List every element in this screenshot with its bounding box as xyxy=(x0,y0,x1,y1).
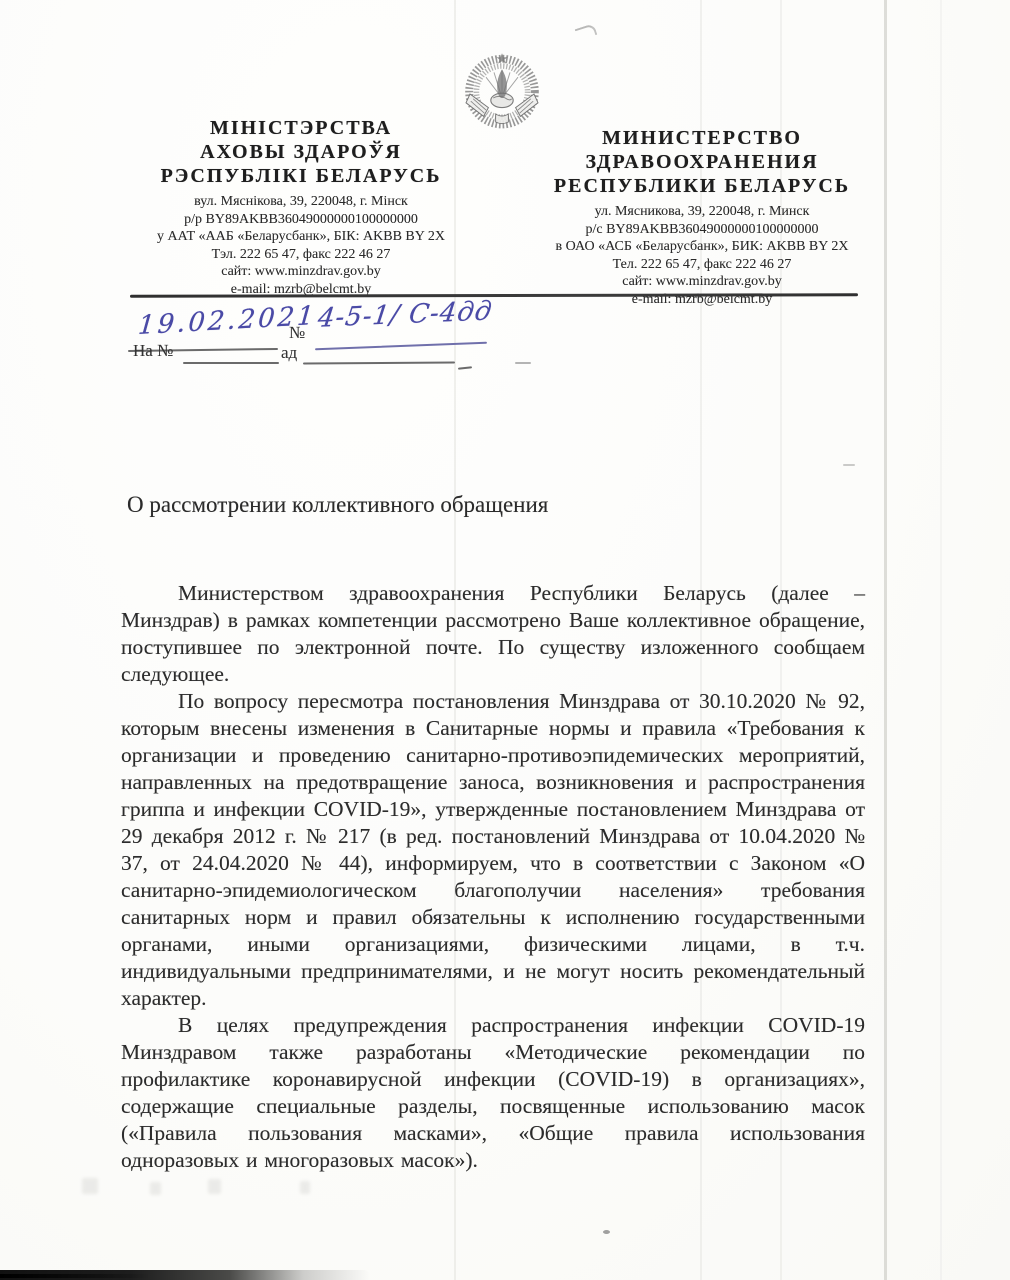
scan-speck xyxy=(603,1230,610,1234)
ministry-name-line: ЗДРАВООХРАНЕНИЯ xyxy=(534,150,870,174)
reply-to-number-label: На № xyxy=(133,341,173,361)
reply-from-date-label: ад xyxy=(281,343,297,363)
scan-edge-shadow xyxy=(0,1274,150,1278)
letterhead-right-column: МИНИСТЕРСТВО ЗДРАВООХРАНЕНИЯ РЕСПУБЛИКИ … xyxy=(534,126,870,308)
ministry-name-line: АХОВЫ ЗДАРОЎЯ xyxy=(130,140,472,164)
body-paragraph: По вопросу пересмотра постановления Минз… xyxy=(121,688,865,1012)
letter-subject: О рассмотрении коллективного обращения xyxy=(127,490,577,519)
address-line: у ААТ «ААБ «Беларусбанк», БІК: AKBB BY 2… xyxy=(130,228,472,246)
address-line: Тел. 222 65 47, факс 222 46 27 xyxy=(534,256,870,274)
reply-number-blank-line xyxy=(183,362,279,364)
blank-line-tail-mark xyxy=(458,366,472,369)
address-line: сайт: www.minzdrav.gov.by xyxy=(130,263,472,281)
ministry-name-line: РЕСПУБЛИКИ БЕЛАРУСЬ xyxy=(534,174,870,198)
letter-body: Министерством здравоохранения Республики… xyxy=(121,580,865,1174)
number-underline xyxy=(315,342,487,351)
address-line: сайт: www.minzdrav.gov.by xyxy=(534,273,870,291)
address-line: в ОАО «АСБ «Беларусбанк», БИК: AKBB BY 2… xyxy=(534,238,870,256)
bleed-through-mark xyxy=(300,1181,310,1194)
reply-date-blank-line xyxy=(303,361,455,364)
ministry-name-by: МІНІСТЭРСТВА АХОВЫ ЗДАРОЎЯ РЭСПУБЛІКІ БЕ… xyxy=(130,116,472,188)
ministry-name-ru: МИНИСТЕРСТВО ЗДРАВООХРАНЕНИЯ РЕСПУБЛИКИ … xyxy=(534,126,870,198)
scanned-letter-page: МІНІСТЭРСТВА АХОВЫ ЗДАРОЎЯ РЭСПУБЛІКІ БЕ… xyxy=(0,0,1010,1280)
handwritten-outgoing-number: 4-5-1/ С-4дд xyxy=(316,296,494,333)
blank-line-tail-mark xyxy=(515,362,531,364)
address-line: р/р BY89AKBB36049000000100000000 xyxy=(130,211,472,229)
ministry-address-by: вул. Мяснікова, 39, 220048, г. Мінск р/р… xyxy=(130,193,472,298)
belarus-coat-of-arms-icon xyxy=(462,50,542,130)
body-paragraph: Министерством здравоохранения Республики… xyxy=(121,580,865,688)
address-line: Тэл. 222 65 47, факс 222 46 27 xyxy=(130,246,472,264)
ministry-name-line: РЭСПУБЛІКІ БЕЛАРУСЬ xyxy=(130,164,472,188)
letterhead-left-column: МІНІСТЭРСТВА АХОВЫ ЗДАРОЎЯ РЭСПУБЛІКІ БЕ… xyxy=(130,116,472,298)
bleed-through-mark xyxy=(150,1182,161,1195)
number-sign-label: № xyxy=(289,323,305,343)
address-line: вул. Мяснікова, 39, 220048, г. Мінск xyxy=(130,193,472,211)
ministry-address-ru: ул. Мясникова, 39, 220048, г. Минск р/с … xyxy=(534,203,870,308)
scan-speck xyxy=(843,464,855,466)
bleed-through-mark xyxy=(82,1178,98,1194)
scan-pen-mark xyxy=(575,23,598,41)
ministry-name-line: МИНИСТЕРСТВО xyxy=(534,126,870,150)
body-paragraph: В целях предупреждения распространения и… xyxy=(121,1012,865,1174)
ministry-name-line: МІНІСТЭРСТВА xyxy=(130,116,472,140)
scan-crease xyxy=(940,0,942,1280)
bleed-through-mark xyxy=(208,1179,221,1194)
address-line: р/с BY89AKBB36049000000100000000 xyxy=(534,221,870,239)
address-line: ул. Мясникова, 39, 220048, г. Минск xyxy=(534,203,870,221)
scan-crease xyxy=(884,0,887,1280)
